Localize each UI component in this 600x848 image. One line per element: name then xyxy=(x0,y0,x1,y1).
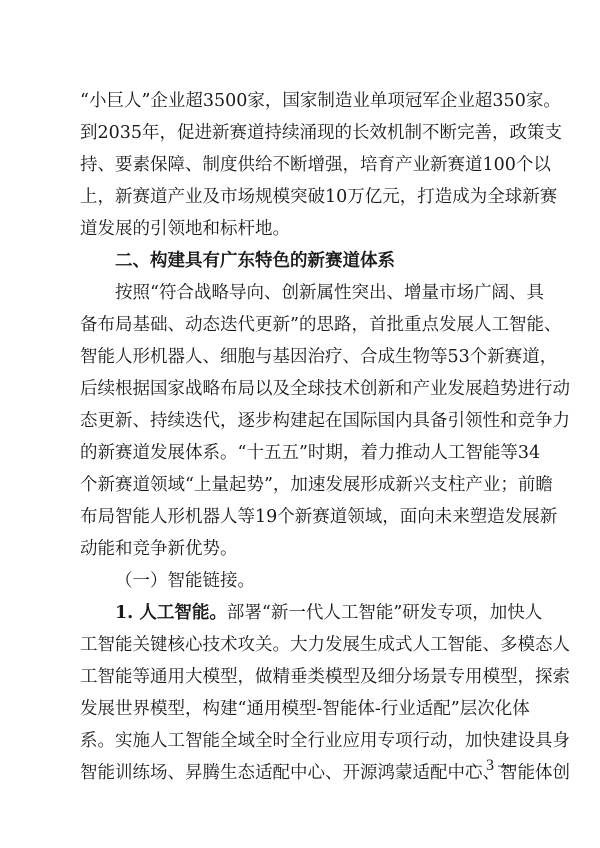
text-line: 1. 人工智能。部署“新一代人工智能”研发专项，加快人 xyxy=(80,597,520,629)
text-line: 道发展的引领地和标杆地。 xyxy=(80,213,520,245)
text-line: 态更新、持续迭代，逐步构建起在国际国内具备引领性和竞争力 xyxy=(80,405,520,437)
text-line: 后续根据国家战略布局以及全球技术创新和产业发展趋势进行动 xyxy=(80,373,520,405)
section-heading: 二、构建具有广东特色的新赛道体系 xyxy=(80,245,520,277)
paragraph-targets: “小巨人”企业超3500家，国家制造业单项冠军企业超350家。 到2035年，促… xyxy=(80,85,520,245)
text-line: 智能训练场、昇腾生态适配中心、开源鸿蒙适配中心、智能体创 xyxy=(80,757,520,789)
text-line: 工智能关键核心技术攻关。大力发展生成式人工智能、多模态人 xyxy=(80,629,520,661)
paragraph-track-system: 按照“符合战略导向、创新属性突出、增量市场广阔、具 备布局基础、动态迭代更新”的… xyxy=(80,277,520,565)
text-line: 系。实施人工智能全域全时全行业应用专项行动，加快建设具身 xyxy=(80,725,520,757)
item-lead-rest: 部署“新一代人工智能”研发专项，加快人 xyxy=(227,603,542,623)
document-page: “小巨人”企业超3500家，国家制造业单项冠军企业超350家。 到2035年，促… xyxy=(80,85,520,789)
text-line: 按照“符合战略导向、创新属性突出、增量市场广阔、具 xyxy=(80,277,520,309)
text-line: 动能和竞争新优势。 xyxy=(80,533,520,565)
text-line: 的新赛道发展体系。“十五五”时期，着力推动人工智能等34 xyxy=(80,437,520,469)
page-number: — 3 — xyxy=(462,754,518,778)
item-artificial-intelligence: 1. 人工智能。部署“新一代人工智能”研发专项，加快人 工智能关键核心技术攻关。… xyxy=(80,597,520,789)
text-line: 工智能等通用大模型，做精垂类模型及细分场景专用模型，探索 xyxy=(80,661,520,693)
text-line: 布局智能人形机器人等19个新赛道领域，面向未来塑造发展新 xyxy=(80,501,520,533)
text-line: 备布局基础、动态迭代更新”的思路，首批重点发展人工智能、 xyxy=(80,309,520,341)
text-line: “小巨人”企业超3500家，国家制造业单项冠军企业超350家。 xyxy=(80,85,520,117)
text-line: 上，新赛道产业及市场规模突破10万亿元，打造成为全球新赛 xyxy=(80,181,520,213)
text-line: 持、要素保障、制度供给不断增强，培育产业新赛道100个以 xyxy=(80,149,520,181)
subsection-heading: （一）智能链接。 xyxy=(80,565,520,597)
text-line: 智能人形机器人、细胞与基因治疗、合成生物等53个新赛道， xyxy=(80,341,520,373)
item-lead: 1. 人工智能。 xyxy=(115,603,227,623)
text-line: 个新赛道领域“上量起势”，加速发展形成新兴支柱产业；前瞻 xyxy=(80,469,520,501)
text-line: 到2035年，促进新赛道持续涌现的长效机制不断完善，政策支 xyxy=(80,117,520,149)
text-line: 发展世界模型，构建“通用模型-智能体-行业适配”层次化体 xyxy=(80,693,520,725)
